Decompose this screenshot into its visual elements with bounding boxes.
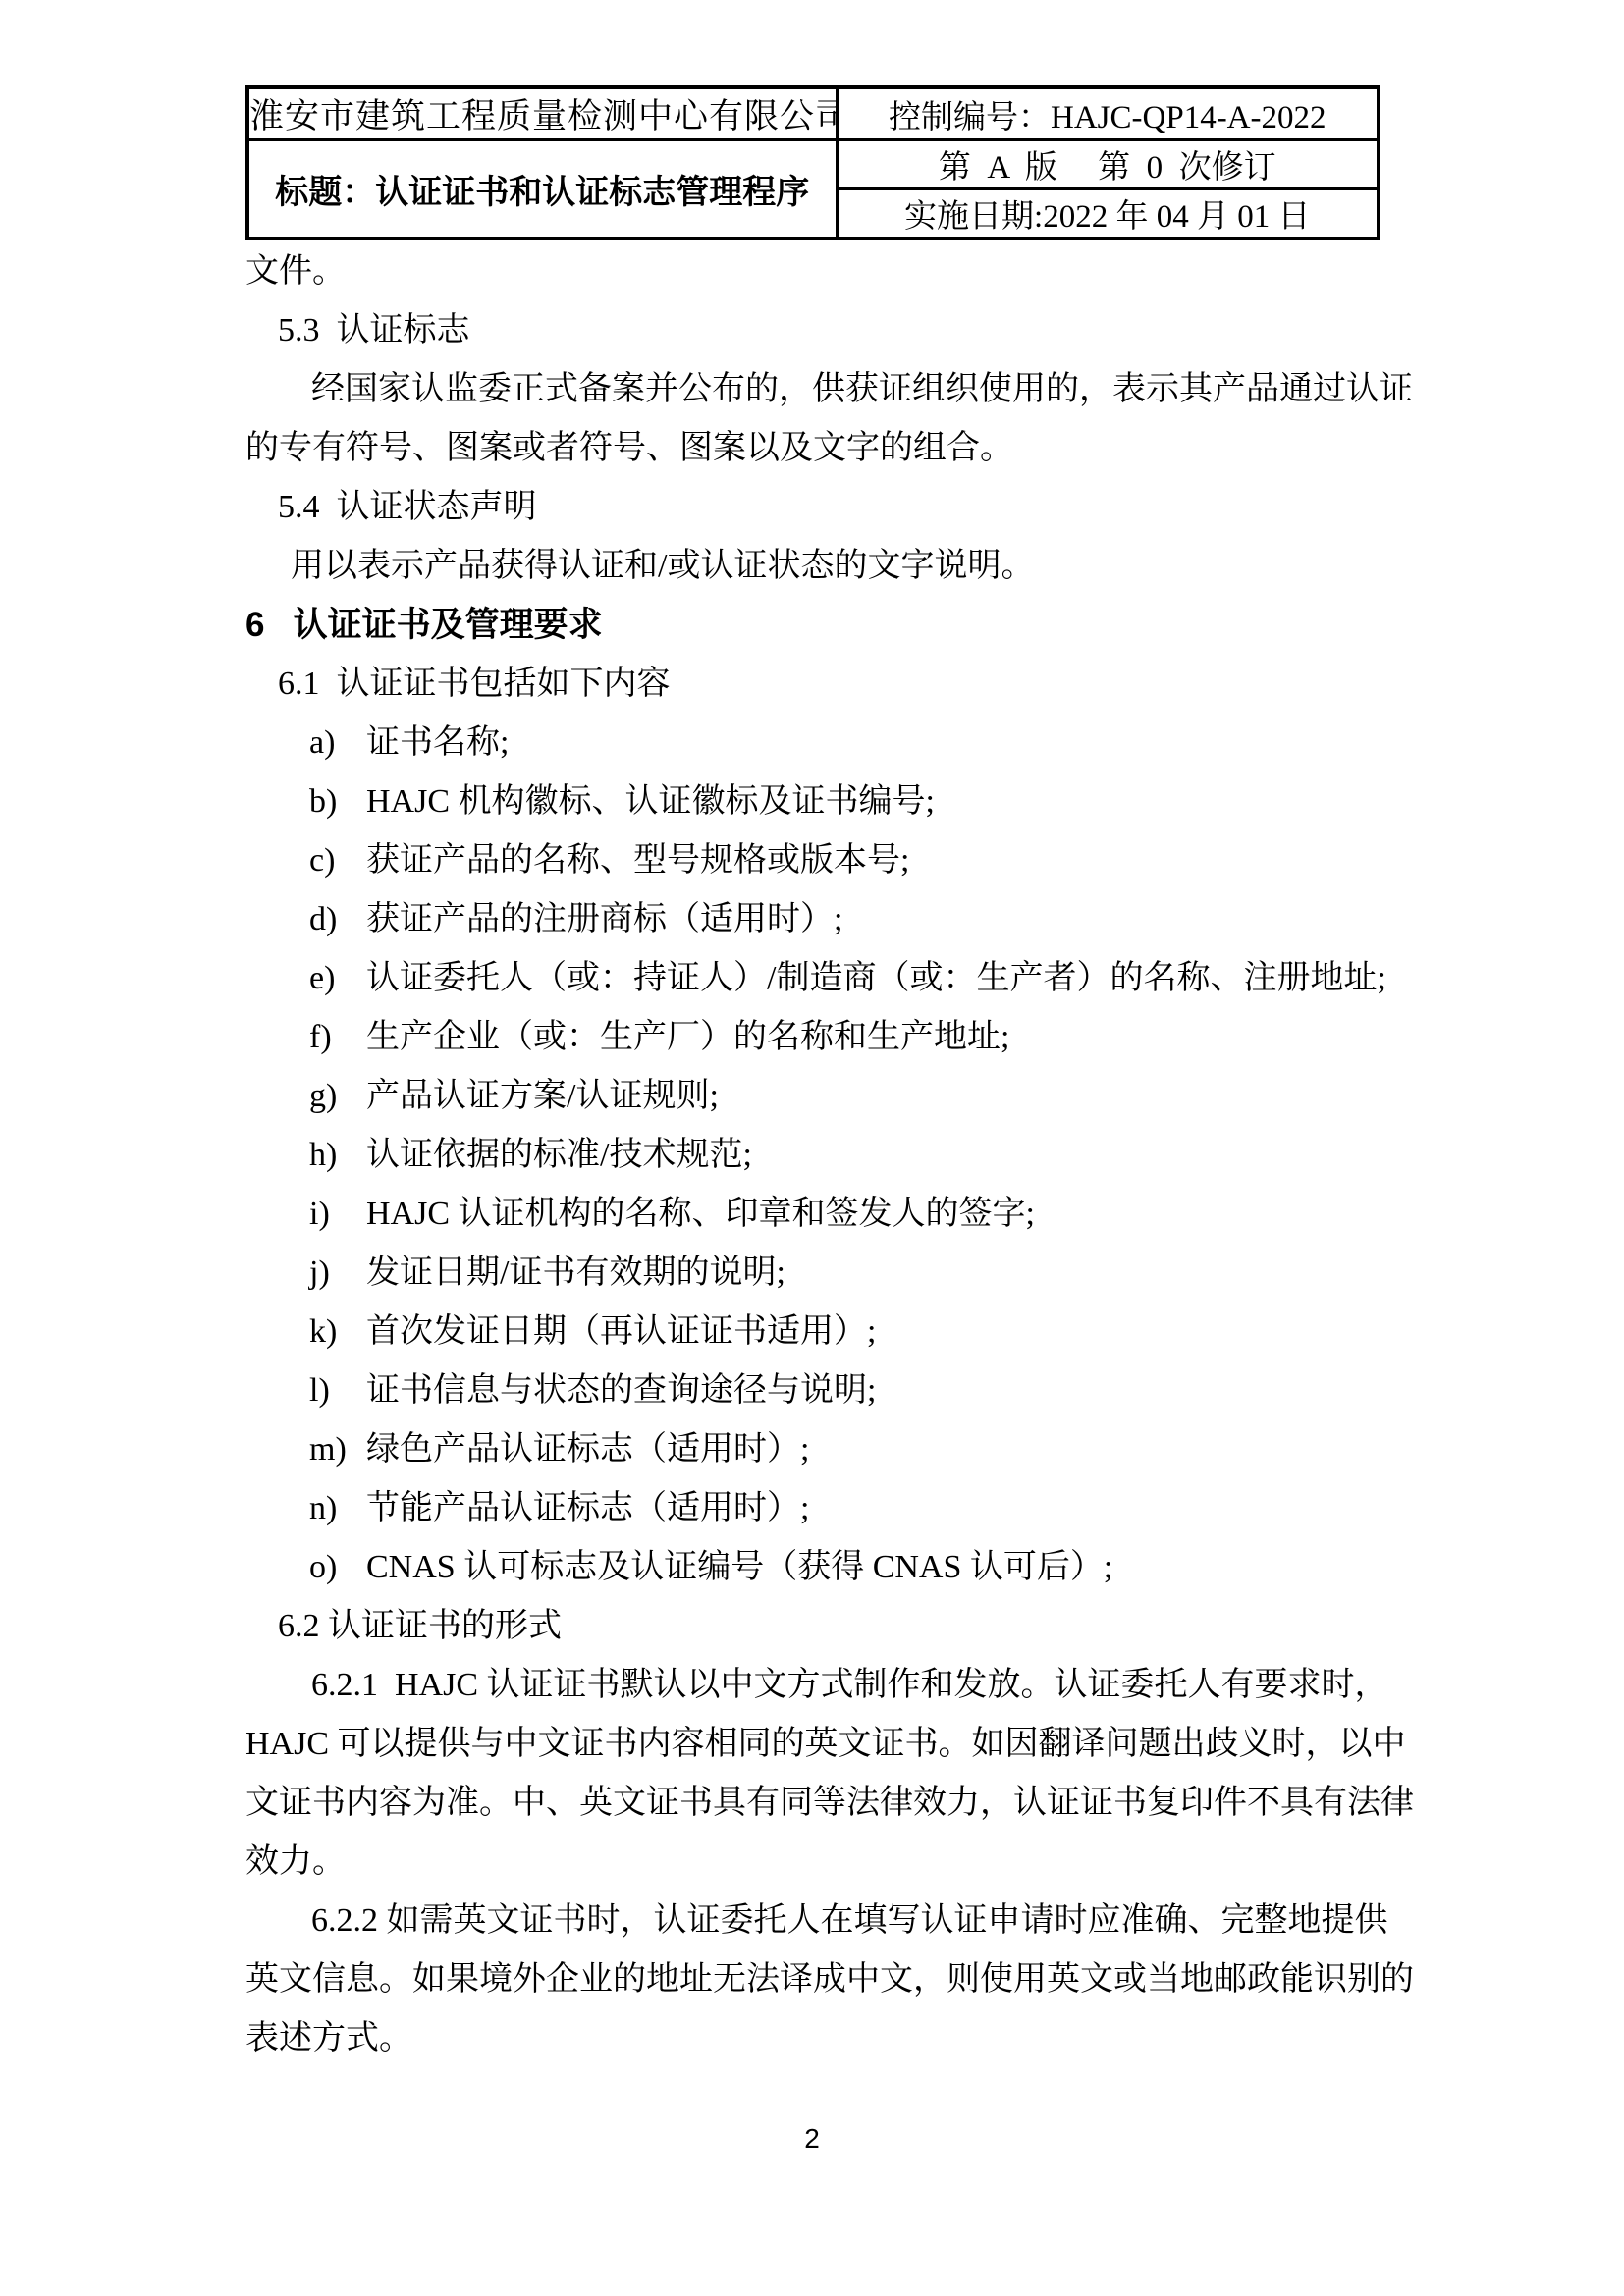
list-item-letter: l) — [309, 1362, 366, 1420]
section-para-6-2-1: 6.2.1 HAJC 认证证书默认以中文方式制作和发放。认证委托人有要求时， — [245, 1656, 1404, 1715]
list-item: h)认证依据的标准/技术规范; — [245, 1126, 1404, 1185]
list-item-text: 发证日期/证书有效期的说明; — [366, 1255, 785, 1291]
list-item-text: 节能产品认证标志（适用时）; — [366, 1490, 809, 1526]
section-para-6-2-2: 6.2.2 如需英文证书时，认证委托人在填写认证申请时应准确、完整地提供 — [245, 1892, 1404, 1950]
list-item-letter: d) — [309, 890, 366, 949]
list-item-letter: n) — [309, 1479, 366, 1538]
document-page: 淮安市建筑工程质量检测中心有限公司 控制编号：HAJC-QP14-A-2022 … — [0, 0, 1624, 2296]
list-item-letter: h) — [309, 1126, 366, 1185]
list-item-text: 首次发证日期（再认证证书适用）; — [366, 1313, 876, 1350]
list-item: b)HAJC 机构徽标、认证徽标及证书编号; — [245, 773, 1404, 831]
section-heading-6: 6 认证证书及管理要求 — [245, 596, 1404, 655]
implementation-date: 实施日期:2022 年 04 月 01 日 — [837, 189, 1379, 240]
list-item-text: 生产企业（或：生产厂）的名称和生产地址; — [366, 1019, 1009, 1055]
list-item-text: 证书信息与状态的查询途径与说明; — [366, 1372, 876, 1409]
list-item-letter: o) — [309, 1538, 366, 1597]
list-item-letter: a) — [309, 714, 366, 773]
document-title: 标题：认证证书和认证标志管理程序 — [247, 140, 837, 240]
list-item-text: 获证产品的注册商标（适用时）; — [366, 901, 842, 937]
list-item-letter: k) — [309, 1303, 366, 1362]
list-item-text: HAJC 机构徽标、认证徽标及证书编号; — [366, 783, 935, 820]
list-item: e)认证委托人（或：持证人）/制造商（或：生产者）的名称、注册地址; — [245, 949, 1404, 1008]
list-item-letter: b) — [309, 773, 366, 831]
section-heading-5-4: 5.4 认证状态声明 — [245, 478, 1404, 537]
list-item: k)首次发证日期（再认证证书适用）; — [245, 1303, 1404, 1362]
text-line: 效力。 — [245, 1833, 1404, 1892]
list-item-text: HAJC 认证机构的名称、印章和签发人的签字; — [366, 1196, 1035, 1232]
list-item-letter: c) — [309, 831, 366, 890]
company-name: 淮安市建筑工程质量检测中心有限公司 — [247, 87, 837, 140]
text-line: 文证书内容为准。中、英文证书具有同等法律效力，认证证书复印件不具有法律 — [245, 1774, 1404, 1833]
list-item: m)绿色产品认证标志（适用时）; — [245, 1420, 1404, 1479]
version-revision: 第 A 版 第 0 次修订 — [837, 140, 1379, 189]
text-line: 文件。 — [245, 242, 1404, 301]
list-item-text: 证书名称; — [366, 724, 509, 761]
list-item-letter: g) — [309, 1067, 366, 1126]
header-table: 淮安市建筑工程质量检测中心有限公司 控制编号：HAJC-QP14-A-2022 … — [245, 85, 1380, 240]
list-item-text: 认证依据的标准/技术规范; — [366, 1137, 752, 1173]
text-line: 英文信息。如果境外企业的地址无法译成中文，则使用英文或当地邮政能识别的 — [245, 1950, 1404, 2009]
text-line: 用以表示产品获得认证和/或认证状态的文字说明。 — [245, 537, 1404, 596]
list-item: n)节能产品认证标志（适用时）; — [245, 1479, 1404, 1538]
list-item: g)产品认证方案/认证规则; — [245, 1067, 1404, 1126]
document-body: 文件。 5.3 认证标志 经国家认监委正式备案并公布的，供获证组织使用的，表示其… — [245, 242, 1404, 2068]
text-line: 表述方式。 — [245, 2009, 1404, 2068]
control-number: 控制编号：HAJC-QP14-A-2022 — [837, 87, 1379, 140]
list-item-text: 获证产品的名称、型号规格或版本号; — [366, 842, 909, 879]
list-item: d)获证产品的注册商标（适用时）; — [245, 890, 1404, 949]
list-item: f)生产企业（或：生产厂）的名称和生产地址; — [245, 1008, 1404, 1067]
list-item-text: 认证委托人（或：持证人）/制造商（或：生产者）的名称、注册地址; — [366, 960, 1386, 996]
page-number: 2 — [0, 2123, 1624, 2155]
list-item-text: 绿色产品认证标志（适用时）; — [366, 1431, 809, 1468]
list-item-letter: m) — [309, 1420, 366, 1479]
list-item-letter: e) — [309, 949, 366, 1008]
list-item-letter: f) — [309, 1008, 366, 1067]
list-item-letter: j) — [309, 1244, 366, 1303]
list-item: j)发证日期/证书有效期的说明; — [245, 1244, 1404, 1303]
text-line: 经国家认监委正式备案并公布的，供获证组织使用的，表示其产品通过认证 — [245, 360, 1404, 419]
text-line: 的专有符号、图案或者符号、图案以及文字的组合。 — [245, 419, 1404, 478]
list-item-text: 产品认证方案/认证规则; — [366, 1078, 719, 1114]
text-line: HAJC 可以提供与中文证书内容相同的英文证书。如因翻译问题出歧义时，以中 — [245, 1715, 1404, 1774]
section-heading-6-2: 6.2 认证证书的形式 — [245, 1597, 1404, 1656]
list-item-letter: i) — [309, 1185, 366, 1244]
list-item: c)获证产品的名称、型号规格或版本号; — [245, 831, 1404, 890]
list-item: a)证书名称; — [245, 714, 1404, 773]
list-item: l)证书信息与状态的查询途径与说明; — [245, 1362, 1404, 1420]
list-item: o)CNAS 认可标志及认证编号（获得 CNAS 认可后）; — [245, 1538, 1404, 1597]
section-heading-5-3: 5.3 认证标志 — [245, 301, 1404, 360]
section-heading-6-1: 6.1 认证证书包括如下内容 — [245, 655, 1404, 714]
list-item: i)HAJC 认证机构的名称、印章和签发人的签字; — [245, 1185, 1404, 1244]
list-item-text: CNAS 认可标志及认证编号（获得 CNAS 认可后）; — [366, 1549, 1112, 1585]
